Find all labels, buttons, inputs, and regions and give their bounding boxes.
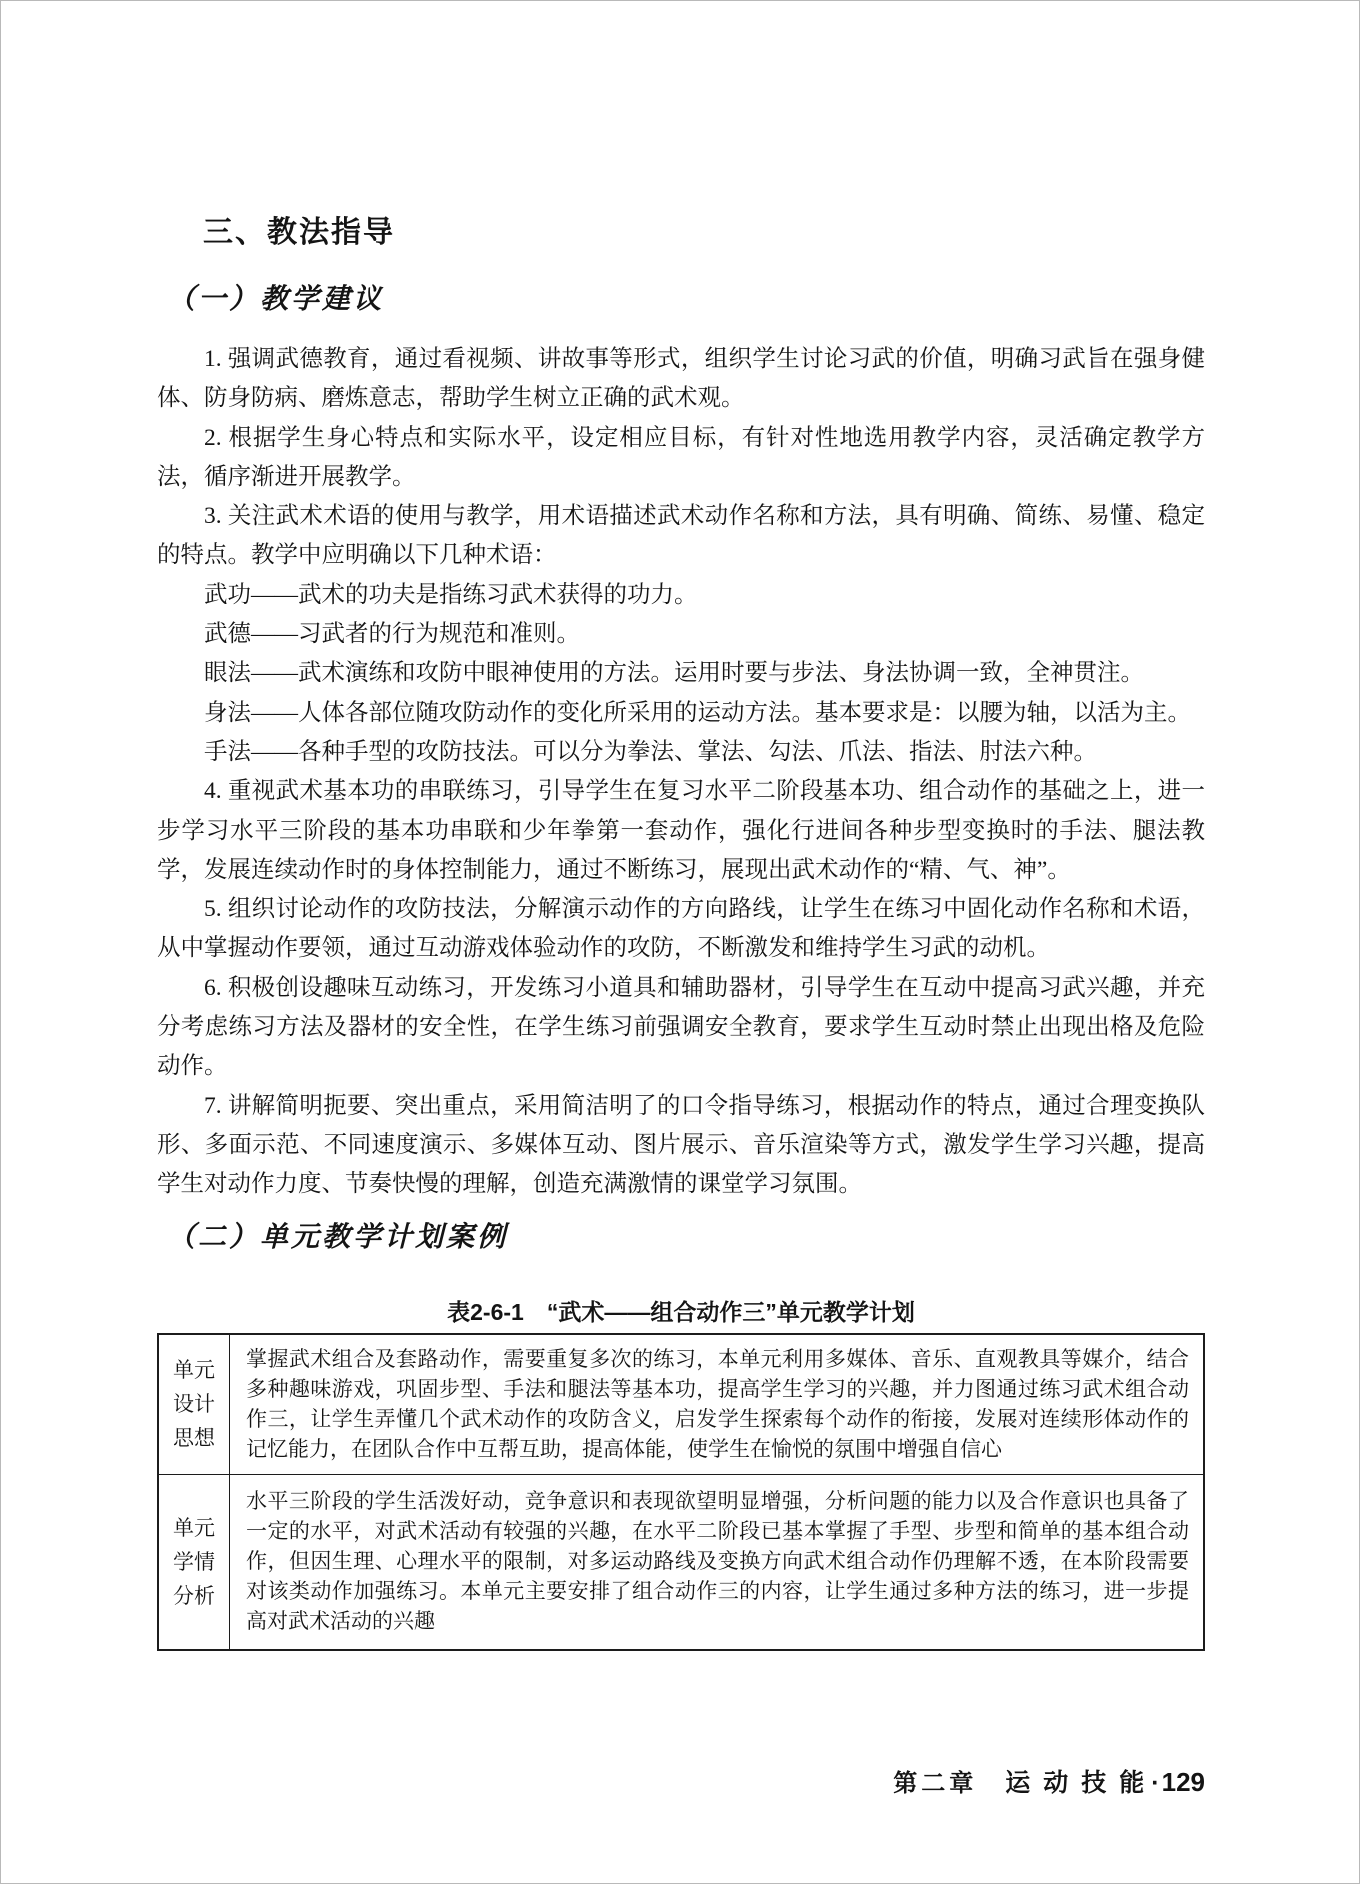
row-label-text: 单元设计思想 <box>171 1353 217 1455</box>
paragraph-3: 3. 关注武术术语的使用与教学，用术语描述武术动作名称和方法，具有明确、简练、易… <box>157 497 1205 576</box>
book-page: 三、教法指导 （一）教学建议 1. 强调武德教育，通过看视频、讲故事等形式，组织… <box>0 0 1360 1884</box>
paragraph-7: 7. 讲解简明扼要、突出重点，采用简洁明了的口令指导练习，根据动作的特点，通过合… <box>157 1087 1205 1205</box>
table-title: 表2-6-1 “武术——组合动作三”单元教学计划 <box>157 1297 1205 1327</box>
footer-separator-dot: · <box>1151 1769 1159 1798</box>
body-text: 1. 强调武德教育，通过看视频、讲故事等形式，组织学生讨论习武的价值，明确习武旨… <box>157 340 1205 1205</box>
paragraph-6: 6. 积极创设趣味互动练习，开发练习小道具和辅助器材，引导学生在互动中提高习武兴… <box>157 969 1205 1087</box>
term-shoufa: 手法——各种手型的攻防技法。可以分为拳法、掌法、勾法、爪法、指法、肘法六种。 <box>157 733 1205 772</box>
section-heading: 三、教法指导 <box>203 216 1205 250</box>
unit-teaching-plan-table: 单元设计思想 掌握武术组合及套路动作，需要重复多次的练习，本单元利用多媒体、音乐… <box>157 1333 1205 1652</box>
paragraph-2: 2. 根据学生身心特点和实际水平，设定相应目标，有针对性地选用教学内容，灵活确定… <box>157 419 1205 498</box>
paragraph-5: 5. 组织讨论动作的攻防技法，分解演示动作的方向路线，让学生在练习中固化动作名称… <box>157 890 1205 969</box>
term-shenfa: 身法——人体各部位随攻防动作的变化所采用的运动方法。基本要求是：以腰为轴，以活为… <box>157 694 1205 733</box>
row-label-text: 单元学情分析 <box>171 1511 217 1613</box>
table-row: 单元设计思想 掌握武术组合及套路动作，需要重复多次的练习，本单元利用多媒体、音乐… <box>158 1334 1204 1475</box>
term-wude: 武德——习武者的行为规范和准则。 <box>157 615 1205 654</box>
subsection-heading-teaching-suggestions: （一）教学建议 <box>167 283 1205 317</box>
footer-page-number: 129 <box>1162 1767 1205 1798</box>
paragraph-4: 4. 重视武术基本功的串联练习，引导学生在复习水平二阶段基本功、组合动作的基础之… <box>157 772 1205 890</box>
footer-book-part-label: 运动技能 <box>1005 1763 1157 1799</box>
table-row: 单元学情分析 水平三阶段的学生活泼好动，竞争意识和表现欲望明显增强，分析问题的能… <box>158 1474 1204 1650</box>
page-footer: 第二章 运动技能 · 129 <box>893 1763 1205 1799</box>
term-yanfa: 眼法——武术演练和攻防中眼神使用的方法。运用时要与步法、身法协调一致，全神贯注。 <box>157 654 1205 693</box>
paragraph-1: 1. 强调武德教育，通过看视频、讲故事等形式，组织学生讨论习武的价值，明确习武旨… <box>157 340 1205 419</box>
page-content: 三、教法指导 （一）教学建议 1. 强调武德教育，通过看视频、讲故事等形式，组织… <box>157 0 1205 1651</box>
subsection-heading-unit-plan-example: （二）单元教学计划案例 <box>167 1221 1205 1255</box>
term-wugong: 武功——武术的功夫是指练习武术获得的功力。 <box>157 576 1205 615</box>
footer-chapter-label: 第二章 <box>893 1763 977 1798</box>
cell-unit-design-content: 掌握武术组合及套路动作，需要重复多次的练习，本单元利用多媒体、音乐、直观教具等媒… <box>230 1334 1205 1475</box>
row-label-unit-analysis: 单元学情分析 <box>158 1474 230 1650</box>
cell-unit-analysis-content: 水平三阶段的学生活泼好动，竞争意识和表现欲望明显增强，分析问题的能力以及合作意识… <box>230 1474 1205 1650</box>
row-label-unit-design: 单元设计思想 <box>158 1334 230 1475</box>
